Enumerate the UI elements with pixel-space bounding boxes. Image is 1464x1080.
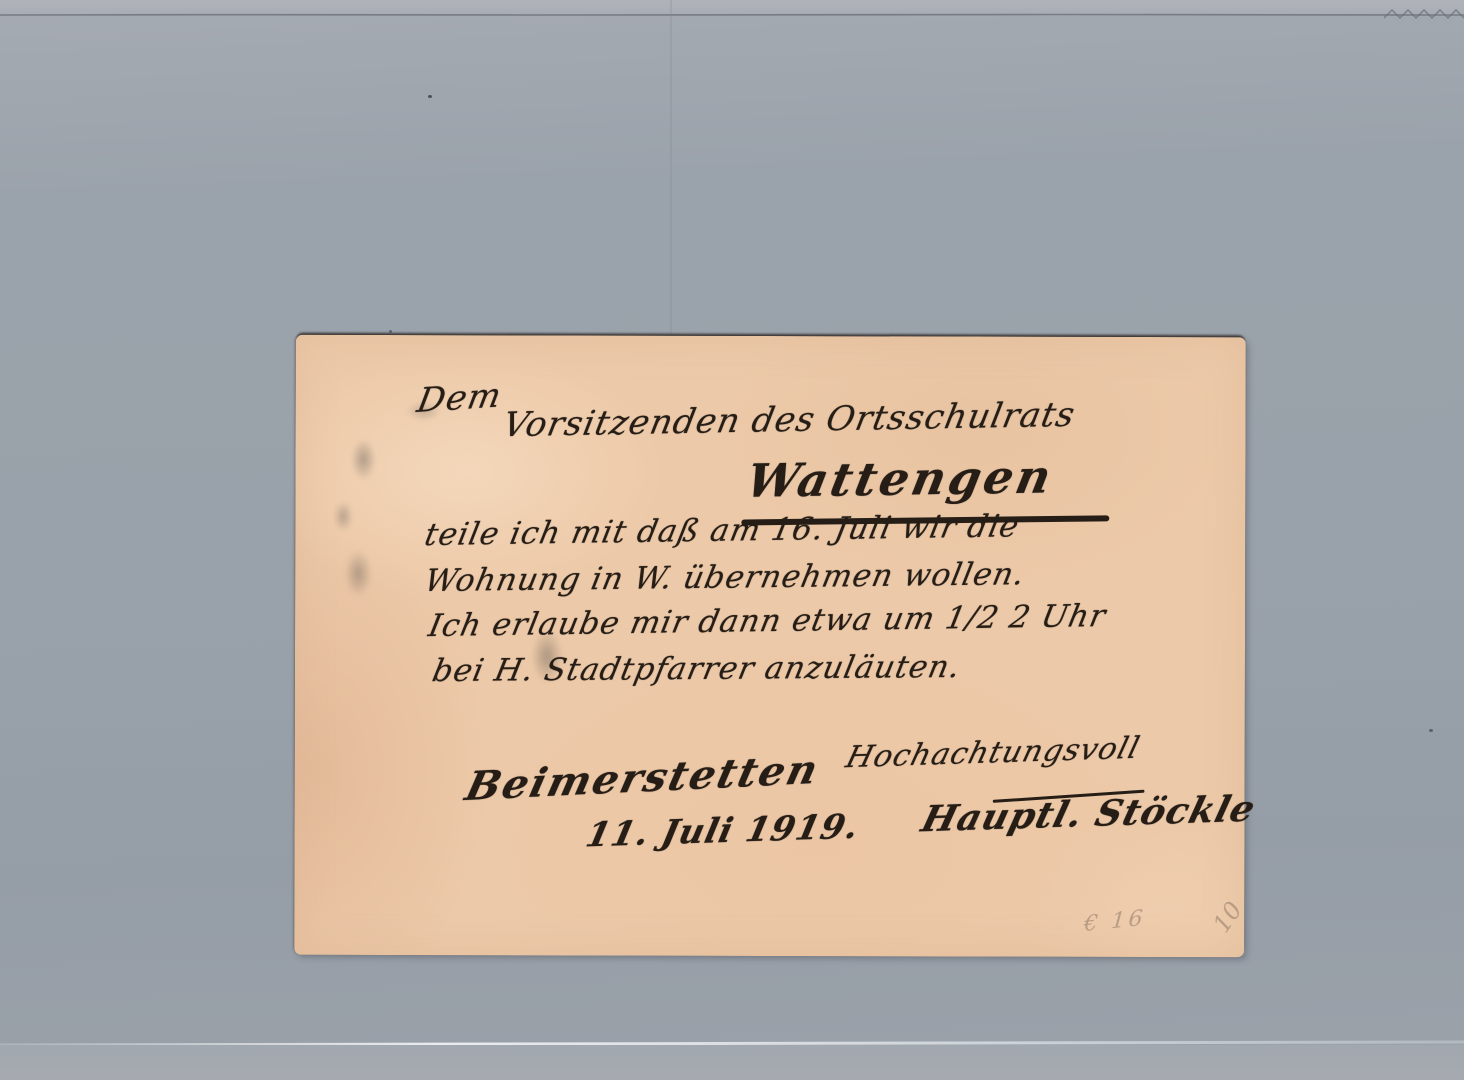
dust-speck: [428, 95, 432, 98]
handwriting-signature: Hauptl. Stöckle: [917, 788, 1260, 841]
handwriting-closing-salutation: Hochachtungsvoll: [842, 731, 1144, 775]
dust-speck: [1429, 729, 1433, 732]
handwriting-body-line-3: Ich erlaube mir dann etwa um 1/2 2 Uhr: [425, 598, 1109, 644]
sleeve-serrated-edge: [1384, 6, 1464, 22]
handwriting-salutation-word: Dem: [414, 376, 505, 421]
handwriting-place-underlined: Wattengen: [742, 449, 1058, 507]
dust-speck: [389, 330, 392, 333]
sleeve-bottom-band: [0, 1045, 1464, 1080]
pencil-mark-number: 10: [1207, 897, 1247, 938]
plastic-sleeve-edge-line: [0, 13, 1464, 17]
handwriting-date: 11. Juli 1919.: [582, 807, 863, 856]
handwriting-addressee-line: Vorsitzenden des Ortsschulrats: [500, 395, 1079, 445]
handwriting-body-line-2: Wohnung in W. übernehmen wollen.: [422, 556, 1029, 599]
postcard: Dem Vorsitzenden des Ortsschulrats Watte…: [294, 335, 1246, 957]
pencil-mark-price: € 16: [1083, 906, 1147, 937]
postmark-offset-smudge: [303, 431, 403, 621]
handwriting-body-line-1: teile ich mit daß am 16. Juli wir die: [422, 508, 1023, 553]
handwriting-place-of-writing: Beimerstetten: [461, 746, 824, 810]
handwriting-body-line-4: bei H. Stadtpfarrer anzuläuten.: [429, 649, 964, 689]
sleeve-seam: [670, 0, 672, 336]
scanned-photo-background: Dem Vorsitzenden des Ortsschulrats Watte…: [0, 0, 1464, 1080]
